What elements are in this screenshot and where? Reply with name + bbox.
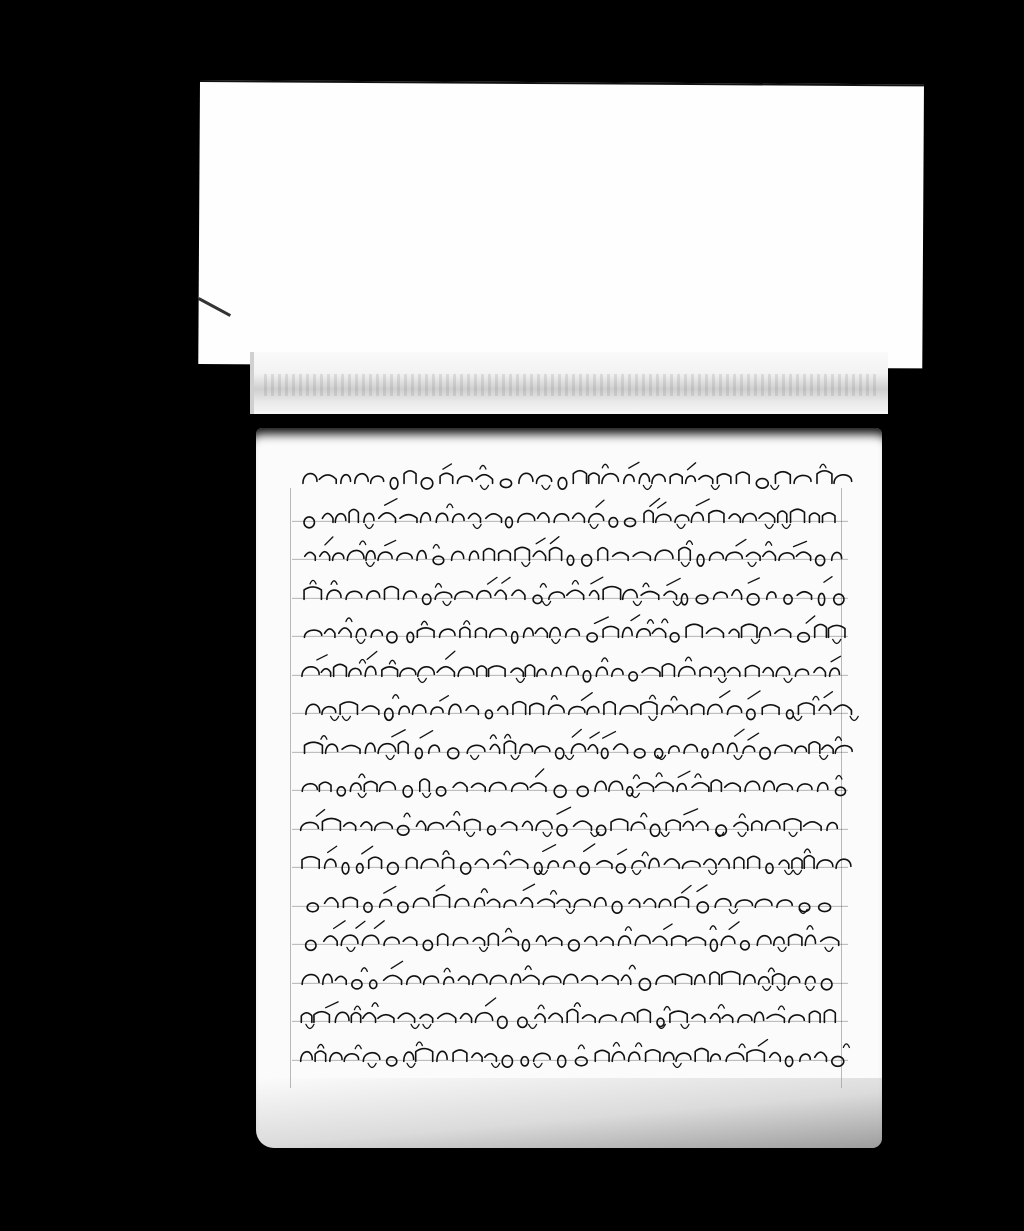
page-bottom-curl [256,1078,882,1148]
manuscript-line [292,841,848,880]
handwriting-strokes [292,610,848,649]
handwriting-strokes [292,456,848,495]
manuscript-line [292,918,848,957]
manuscript-line [292,995,848,1034]
slip-tear-mark [198,297,231,317]
manuscript-line [292,687,848,726]
manuscript-line [292,957,848,996]
blank-paper-slip [198,80,924,368]
manuscript-line [292,1034,848,1073]
manuscript-line [292,610,848,649]
manuscript-line [292,764,848,803]
manuscript-page [256,428,882,1148]
handwriting-strokes [292,687,848,726]
handwriting-strokes [292,764,848,803]
manuscript-line [292,533,848,572]
manuscript-line [292,649,848,688]
manuscript-line [292,572,848,611]
handwriting-strokes [292,726,848,765]
handwriting-strokes [292,803,848,842]
strip-smudge [264,374,878,396]
manuscript-line [292,456,848,495]
folded-paper-strip [250,352,888,414]
handwriting-strokes [292,533,848,572]
handwriting-strokes [292,918,848,957]
handwriting-strokes [292,649,848,688]
handwriting-strokes [292,841,848,880]
handwriting-strokes [292,1034,848,1073]
left-margin-rule [290,488,291,1088]
handwriting-strokes [292,572,848,611]
manuscript-line [292,880,848,919]
handwriting-strokes [292,495,848,534]
handwriting-strokes [292,995,848,1034]
manuscript-line [292,495,848,534]
handwriting-strokes [292,880,848,919]
manuscript-lines [292,456,848,1072]
manuscript-line [292,803,848,842]
manuscript-line [292,726,848,765]
handwriting-strokes [292,957,848,996]
